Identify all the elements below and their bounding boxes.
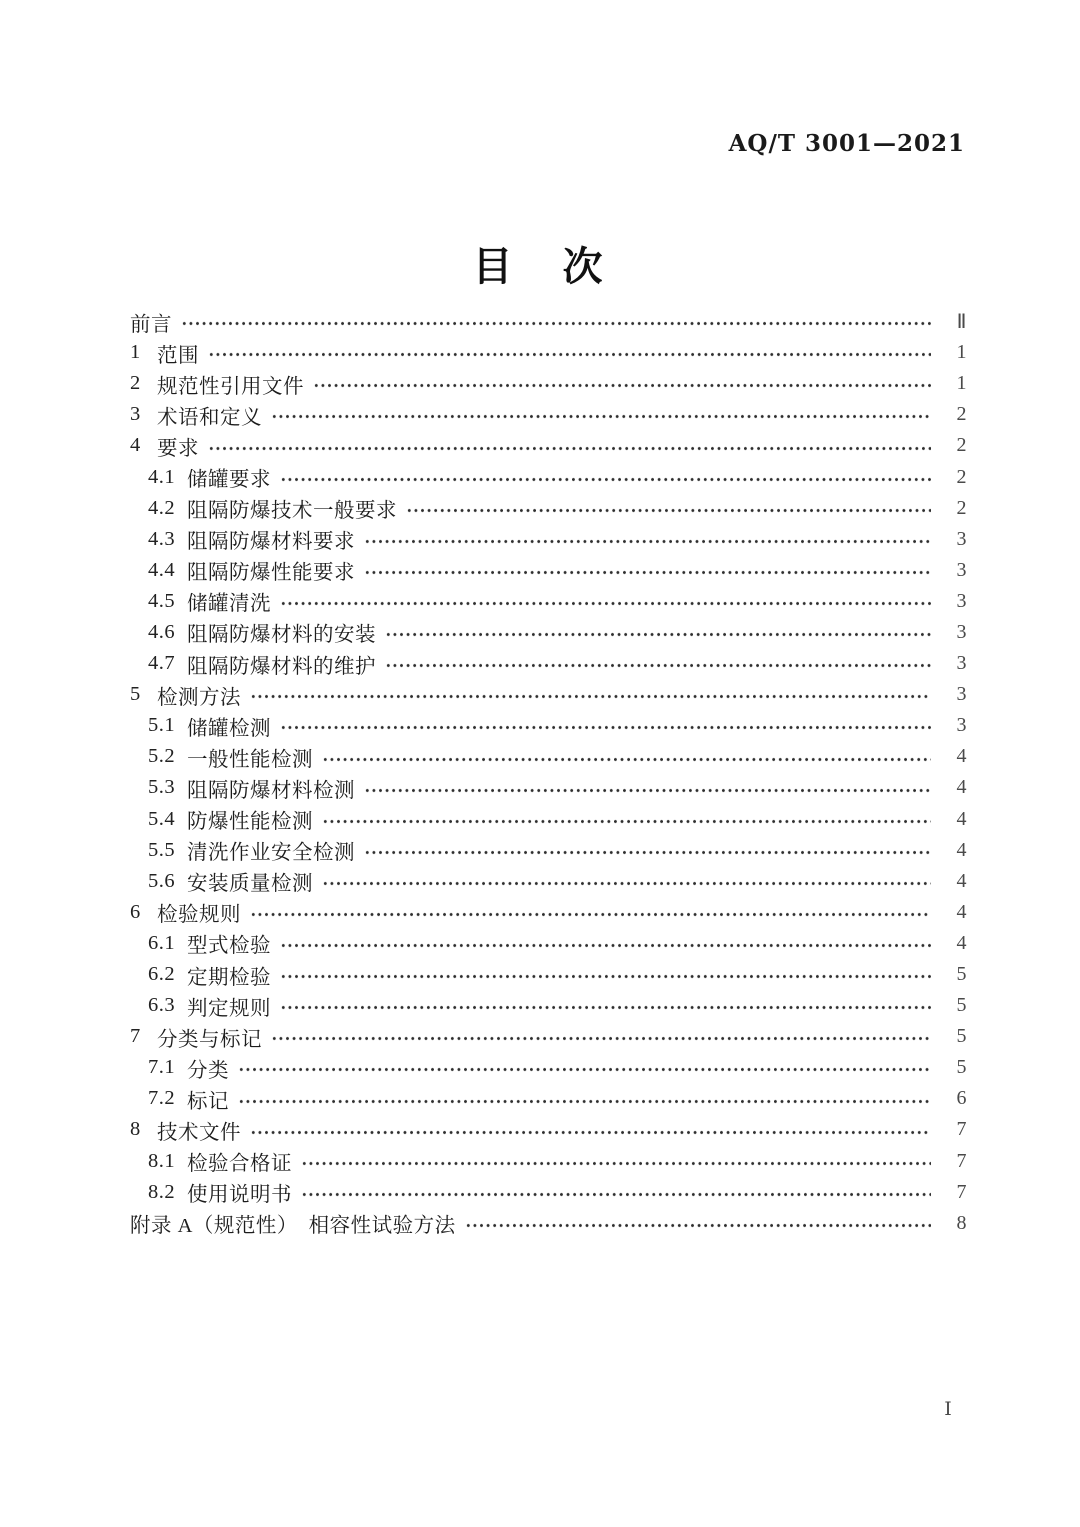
toc-entry: 4.6 阻隔防爆材料的安装 3 [130, 617, 967, 648]
toc-entry: 8.1 检验合格证 7 [130, 1146, 967, 1177]
toc-dot-leader [406, 493, 931, 524]
toc-dot-leader [364, 835, 931, 866]
toc-entry: 6 检验规则 4 [130, 897, 967, 928]
toc-entry-page: 4 [941, 808, 967, 831]
toc-entry-title: 清洗作业安全检测 [187, 835, 355, 865]
toc-entry-page: 3 [941, 590, 967, 613]
toc-entry-page: 4 [941, 870, 967, 893]
toc-entry-title: 阻隔防爆材料的维护 [187, 649, 376, 679]
toc-entry-number: 5.1 [148, 714, 187, 737]
toc-dot-leader [322, 741, 931, 772]
toc-entry-page: 3 [941, 528, 967, 551]
toc-entry-title: 阻隔防爆材料要求 [187, 524, 355, 554]
toc-entry: 附录 A（规范性） 相容性试验方法 8 [130, 1208, 967, 1239]
toc-entry: 5 检测方法 3 [130, 679, 967, 710]
toc-entry-page: 5 [941, 963, 967, 986]
toc-entry-page: 2 [941, 434, 967, 457]
toc-entry-page: 7 [941, 1150, 967, 1173]
toc-entry-number: 7.2 [148, 1087, 187, 1110]
toc-entry-title: 技术文件 [157, 1115, 241, 1145]
toc-entry-title: 检测方法 [157, 680, 241, 710]
toc-entry: 7.2 标记 6 [130, 1083, 967, 1114]
toc-entry-title: 附录 A（规范性） 相容性试验方法 [130, 1208, 456, 1238]
toc-entry: 4.5 储罐清洗 3 [130, 586, 967, 617]
toc-entry-title: 防爆性能检测 [187, 804, 313, 834]
toc-entry: 5.4 防爆性能检测 4 [130, 804, 967, 835]
toc-entry-page: 4 [941, 901, 967, 924]
toc-entry: 2 规范性引用文件 1 [130, 368, 967, 399]
toc-entry-title: 检验规则 [157, 897, 241, 927]
toc-entry-page: 5 [941, 1056, 967, 1079]
toc-dot-leader [364, 524, 931, 555]
toc-entry-number: 4 [130, 434, 157, 457]
toc-entry-page: 3 [941, 559, 967, 582]
toc-entry-title: 前言 [130, 307, 172, 337]
toc-entry-title: 阻隔防爆性能要求 [187, 555, 355, 585]
toc-entry-number: 4.7 [148, 652, 187, 675]
toc-entry-number: 2 [130, 372, 157, 395]
toc-entry: 6.2 定期检验 5 [130, 959, 967, 990]
toc-entry: 3 术语和定义 2 [130, 399, 967, 430]
toc-entry-title: 储罐要求 [187, 462, 271, 492]
toc-entry: 6.3 判定规则 5 [130, 990, 967, 1021]
toc-entry-number: 6.1 [148, 932, 187, 955]
toc-entry-page: 2 [941, 403, 967, 426]
toc-dot-leader [250, 679, 931, 710]
toc-entry-title: 储罐检测 [187, 711, 271, 741]
toc-entry-number: 4.5 [148, 590, 187, 613]
toc-entry: 7.1 分类 5 [130, 1052, 967, 1083]
toc-entry-title: 阻隔防爆材料的安装 [187, 617, 376, 647]
toc-entry-title: 术语和定义 [157, 400, 262, 430]
toc-dot-leader [250, 1114, 931, 1145]
toc-entry-number: 8.1 [148, 1150, 187, 1173]
toc-dot-leader [208, 430, 931, 461]
toc-entry-page: 2 [941, 466, 967, 489]
toc-entry-title: 检验合格证 [187, 1146, 292, 1176]
toc-dot-leader [280, 990, 931, 1021]
toc-entry-number: 8 [130, 1118, 157, 1141]
toc-dot-leader [301, 1177, 931, 1208]
toc-entry-title: 型式检验 [187, 928, 271, 958]
toc-entry: 4.1 储罐要求 2 [130, 461, 967, 492]
toc-entry-number: 4.4 [148, 559, 187, 582]
toc-entry-number: 5.5 [148, 839, 187, 862]
toc-entry-number: 8.2 [148, 1181, 187, 1204]
toc-dot-leader [250, 897, 931, 928]
toc-entry-number: 5.3 [148, 776, 187, 799]
toc-entry: 5.3 阻隔防爆材料检测 4 [130, 772, 967, 803]
toc-dot-leader [465, 1208, 931, 1239]
toc-entry-title: 使用说明书 [187, 1177, 292, 1207]
toc-entry: 4.4 阻隔防爆性能要求 3 [130, 555, 967, 586]
toc-entry-number: 4.3 [148, 528, 187, 551]
toc-dot-leader [385, 617, 931, 648]
toc-entry-number: 5 [130, 683, 157, 706]
toc-entry-page: 7 [941, 1181, 967, 1204]
toc-entry: 4.2 阻隔防爆技术一般要求 2 [130, 493, 967, 524]
toc-entry: 4.3 阻隔防爆材料要求 3 [130, 524, 967, 555]
toc-dot-leader [280, 461, 931, 492]
toc-entry-title: 范围 [157, 338, 199, 368]
toc-dot-leader [238, 1052, 931, 1083]
toc-dot-leader [208, 337, 931, 368]
toc-entry-title: 规范性引用文件 [157, 369, 304, 399]
page-title: 目 次 [0, 235, 1080, 292]
toc-entry-title: 安装质量检测 [187, 866, 313, 896]
toc-entry-page: 3 [941, 683, 967, 706]
toc-entry: 5.6 安装质量检测 4 [130, 866, 967, 897]
toc-entry-title: 要求 [157, 431, 199, 461]
toc-entry-title: 分类与标记 [157, 1022, 262, 1052]
toc-entry-page: 8 [941, 1212, 967, 1235]
toc-entry-number: 7.1 [148, 1056, 187, 1079]
toc-entry-number: 4.1 [148, 466, 187, 489]
page-folio-number: Ⅰ [934, 1398, 962, 1420]
toc-entry-number: 6.3 [148, 994, 187, 1017]
toc-dot-leader [280, 959, 931, 990]
toc-entry-page: 3 [941, 621, 967, 644]
toc-dot-leader [271, 399, 931, 430]
table-of-contents: 前言 Ⅱ 1 范围 1 2 规范性引用文件 1 3 术语和定义 2 4 要求 2… [130, 306, 967, 1239]
toc-entry-number: 6.2 [148, 963, 187, 986]
toc-entry-page: 3 [941, 652, 967, 675]
toc-entry-title: 一般性能检测 [187, 742, 313, 772]
toc-dot-leader [280, 710, 931, 741]
toc-entry-number: 6 [130, 901, 157, 924]
toc-entry-number: 5.6 [148, 870, 187, 893]
toc-entry: 5.1 储罐检测 3 [130, 710, 967, 741]
toc-entry-number: 1 [130, 341, 157, 364]
toc-entry-page: 4 [941, 776, 967, 799]
toc-entry-number: 3 [130, 403, 157, 426]
toc-entry-page: 6 [941, 1087, 967, 1110]
toc-dot-leader [364, 555, 931, 586]
toc-entry: 5.2 一般性能检测 4 [130, 741, 967, 772]
toc-entry-number: 4.2 [148, 497, 187, 520]
toc-entry-title: 判定规则 [187, 991, 271, 1021]
toc-entry-page: 7 [941, 1118, 967, 1141]
toc-entry: 前言 Ⅱ [130, 306, 967, 337]
toc-entry-page: 5 [941, 1025, 967, 1048]
toc-entry: 5.5 清洗作业安全检测 4 [130, 835, 967, 866]
toc-dot-leader [322, 866, 931, 897]
toc-dot-leader [280, 586, 931, 617]
toc-dot-leader [301, 1146, 931, 1177]
toc-entry-page: 5 [941, 994, 967, 1017]
toc-entry: 8 技术文件 7 [130, 1114, 967, 1145]
toc-dot-leader [385, 648, 931, 679]
toc-entry: 6.1 型式检验 4 [130, 928, 967, 959]
toc-entry-page: 1 [941, 372, 967, 395]
toc-entry-title: 定期检验 [187, 960, 271, 990]
standard-code-header: AQ/T 3001—2021 [729, 130, 965, 157]
toc-entry-number: 5.2 [148, 745, 187, 768]
toc-dot-leader [322, 804, 931, 835]
toc-entry-page: 4 [941, 932, 967, 955]
toc-dot-leader [238, 1083, 931, 1114]
toc-entry-number: 7 [130, 1025, 157, 1048]
toc-entry-page: 4 [941, 839, 967, 862]
toc-entry-page: Ⅱ [941, 309, 967, 334]
toc-dot-leader [313, 368, 931, 399]
toc-entry: 4.7 阻隔防爆材料的维护 3 [130, 648, 967, 679]
toc-entry-title: 标记 [187, 1084, 229, 1114]
toc-dot-leader [271, 1021, 931, 1052]
toc-entry-title: 储罐清洗 [187, 586, 271, 616]
toc-entry-title: 阻隔防爆技术一般要求 [187, 493, 397, 523]
toc-dot-leader [364, 772, 931, 803]
toc-dot-leader [181, 306, 931, 337]
toc-entry-number: 5.4 [148, 808, 187, 831]
toc-entry-number: 4.6 [148, 621, 187, 644]
toc-entry-title: 分类 [187, 1053, 229, 1083]
toc-entry-page: 3 [941, 714, 967, 737]
toc-entry: 7 分类与标记 5 [130, 1021, 967, 1052]
toc-entry: 4 要求 2 [130, 430, 967, 461]
toc-entry-page: 2 [941, 497, 967, 520]
toc-entry-title: 阻隔防爆材料检测 [187, 773, 355, 803]
toc-entry-page: 1 [941, 341, 967, 364]
toc-dot-leader [280, 928, 931, 959]
toc-entry: 8.2 使用说明书 7 [130, 1177, 967, 1208]
toc-entry: 1 范围 1 [130, 337, 967, 368]
toc-entry-page: 4 [941, 745, 967, 768]
